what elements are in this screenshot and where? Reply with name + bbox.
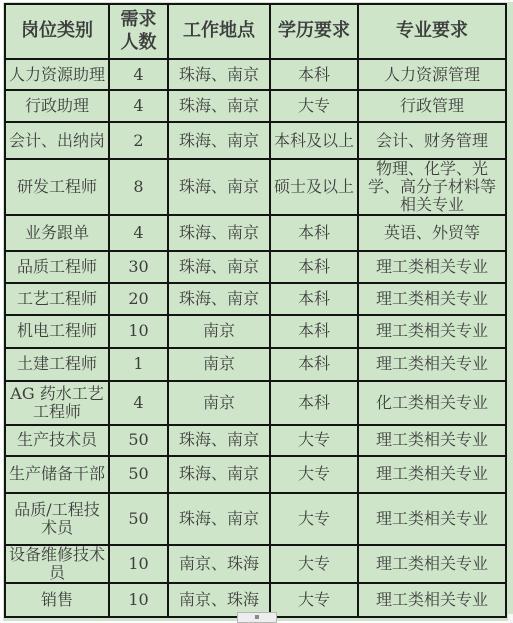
- headcount-cell: 4: [109, 215, 168, 251]
- education-cell: 大专: [270, 456, 358, 493]
- table-row: 人力资源助理4珠海、南京本科人力资源管理: [5, 59, 506, 90]
- education-cell: 大专: [270, 583, 358, 617]
- location-cell: 珠海、南京: [168, 251, 270, 283]
- position-cell: 生产储备干部: [5, 456, 109, 493]
- headcount-cell: 50: [109, 425, 168, 456]
- education-cell: 大专: [270, 493, 358, 545]
- position-cell: 研发工程师: [5, 159, 109, 215]
- education-cell: 本科: [270, 348, 358, 381]
- table-row: 生产储备干部50珠海、南京大专理工类相关专业: [5, 456, 506, 493]
- table-row: 会计、出纳岗2珠海、南京本科及以上会计、财务管理: [5, 122, 506, 159]
- location-cell: 珠海、南京: [168, 283, 270, 315]
- headcount-cell: 10: [109, 315, 168, 348]
- major-cell: 理工类相关专业: [358, 493, 506, 545]
- major-cell: 理工类相关专业: [358, 251, 506, 283]
- education-cell: 大专: [270, 545, 358, 583]
- education-cell: 本科: [270, 251, 358, 283]
- headcount-cell: 50: [109, 456, 168, 493]
- table-row: 业务跟单4珠海、南京本科英语、外贸等: [5, 215, 506, 251]
- scrollbar-corner-fragment: [508, 614, 513, 621]
- location-cell: 南京: [168, 348, 270, 381]
- position-cell: 品质/工程技术员: [5, 493, 109, 545]
- column-header-education: 学历要求: [270, 4, 358, 59]
- location-cell: 南京: [168, 315, 270, 348]
- major-cell: 化工类相关专业: [358, 381, 506, 425]
- major-cell: 物理、化学、光学、高分子材料等相关专业: [358, 159, 506, 215]
- position-cell: 土建工程师: [5, 348, 109, 381]
- location-cell: 南京、珠海: [168, 545, 270, 583]
- header-row: 岗位类别需求人数工作地点学历要求专业要求: [5, 4, 506, 59]
- major-cell: 理工类相关专业: [358, 583, 506, 617]
- position-cell: 人力资源助理: [5, 59, 109, 90]
- column-header-location: 工作地点: [168, 4, 270, 59]
- column-header-position: 岗位类别: [5, 4, 109, 59]
- major-cell: 理工类相关专业: [358, 348, 506, 381]
- education-cell: 硕士及以上: [270, 159, 358, 215]
- major-cell: 理工类相关专业: [358, 545, 506, 583]
- headcount-cell: 8: [109, 159, 168, 215]
- headcount-cell: 4: [109, 59, 168, 90]
- major-cell: 理工类相关专业: [358, 425, 506, 456]
- table-row: 土建工程师1南京本科理工类相关专业: [5, 348, 506, 381]
- column-header-headcount: 需求人数: [109, 4, 168, 59]
- headcount-cell: 30: [109, 251, 168, 283]
- education-cell: 大专: [270, 90, 358, 122]
- education-cell: 本科: [270, 59, 358, 90]
- position-cell: AG 药水工艺工程师: [5, 381, 109, 425]
- position-cell: 设备维修技术员: [5, 545, 109, 583]
- education-cell: 本科: [270, 283, 358, 315]
- headcount-cell: 10: [109, 583, 168, 617]
- table-row: 生产技术员50珠海、南京大专理工类相关专业: [5, 425, 506, 456]
- location-cell: 珠海、南京: [168, 59, 270, 90]
- major-cell: 人力资源管理: [358, 59, 506, 90]
- education-cell: 大专: [270, 425, 358, 456]
- page-background: 岗位类别需求人数工作地点学历要求专业要求 人力资源助理4珠海、南京本科人力资源管…: [3, 2, 513, 621]
- position-cell: 生产技术员: [5, 425, 109, 456]
- major-cell: 理工类相关专业: [358, 283, 506, 315]
- position-cell: 工艺工程师: [5, 283, 109, 315]
- major-cell: 会计、财务管理: [358, 122, 506, 159]
- headcount-cell: 4: [109, 90, 168, 122]
- education-cell: 本科: [270, 315, 358, 348]
- table-row: 品质/工程技术员50珠海、南京大专理工类相关专业: [5, 493, 506, 545]
- location-cell: 珠海、南京: [168, 456, 270, 493]
- location-cell: 珠海、南京: [168, 425, 270, 456]
- horizontal-scrollbar-thumb[interactable]: [237, 612, 277, 621]
- major-cell: 理工类相关专业: [358, 315, 506, 348]
- table-row: 行政助理4珠海、南京大专行政管理: [5, 90, 506, 122]
- table-row: AG 药水工艺工程师4南京本科化工类相关专业: [5, 381, 506, 425]
- headcount-cell: 10: [109, 545, 168, 583]
- location-cell: 南京: [168, 381, 270, 425]
- education-cell: 本科及以上: [270, 122, 358, 159]
- table-row: 品质工程师30珠海、南京本科理工类相关专业: [5, 251, 506, 283]
- education-cell: 本科: [270, 215, 358, 251]
- location-cell: 珠海、南京: [168, 493, 270, 545]
- headcount-cell: 50: [109, 493, 168, 545]
- location-cell: 珠海、南京: [168, 90, 270, 122]
- position-cell: 业务跟单: [5, 215, 109, 251]
- table-row: 设备维修技术员10南京、珠海大专理工类相关专业: [5, 545, 506, 583]
- table-row: 研发工程师8珠海、南京硕士及以上物理、化学、光学、高分子材料等相关专业: [5, 159, 506, 215]
- education-cell: 本科: [270, 381, 358, 425]
- headcount-cell: 20: [109, 283, 168, 315]
- headcount-cell: 1: [109, 348, 168, 381]
- major-cell: 行政管理: [358, 90, 506, 122]
- position-cell: 会计、出纳岗: [5, 122, 109, 159]
- recruitment-table: 岗位类别需求人数工作地点学历要求专业要求 人力资源助理4珠海、南京本科人力资源管…: [4, 3, 507, 618]
- location-cell: 珠海、南京: [168, 159, 270, 215]
- major-cell: 英语、外贸等: [358, 215, 506, 251]
- headcount-cell: 4: [109, 381, 168, 425]
- table-row: 工艺工程师20珠海、南京本科理工类相关专业: [5, 283, 506, 315]
- column-header-major: 专业要求: [358, 4, 506, 59]
- position-cell: 销售: [5, 583, 109, 617]
- headcount-cell: 2: [109, 122, 168, 159]
- location-cell: 珠海、南京: [168, 215, 270, 251]
- location-cell: 珠海、南京: [168, 122, 270, 159]
- position-cell: 行政助理: [5, 90, 109, 122]
- major-cell: 理工类相关专业: [358, 456, 506, 493]
- position-cell: 机电工程师: [5, 315, 109, 348]
- position-cell: 品质工程师: [5, 251, 109, 283]
- table-row: 机电工程师10南京本科理工类相关专业: [5, 315, 506, 348]
